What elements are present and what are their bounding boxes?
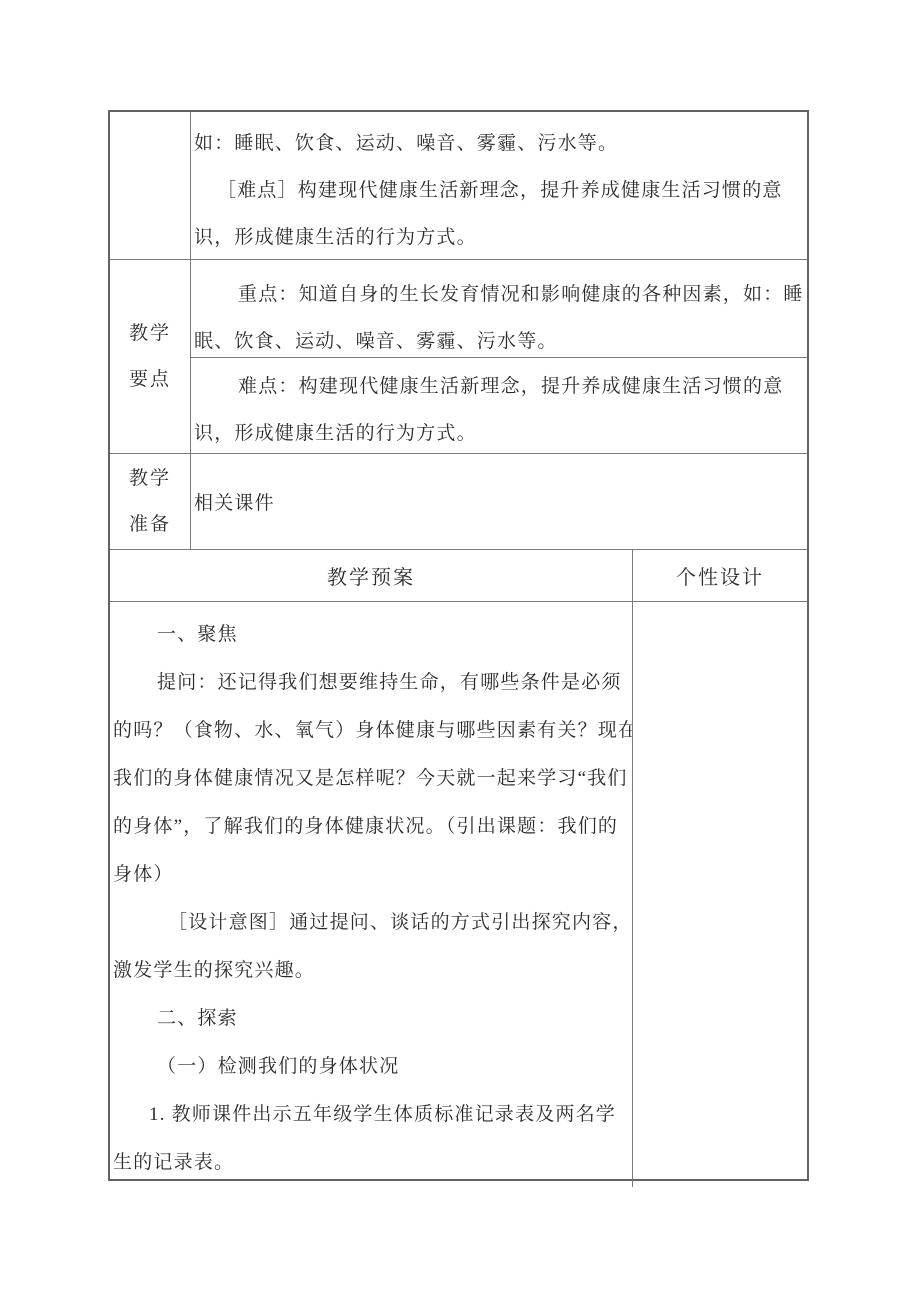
key-points-difficulty-text: 难点：构建现代健康生活新理念，提升养成健康生活习惯的意识，形成健康生活的行为方式… <box>191 358 807 453</box>
lesson-plan-table: 如：睡眠、饮食、运动、噪音、雾霾、污水等。［难点］构建现代健康生活新理念，提升养… <box>108 110 809 1181</box>
preparation-row: 教学准备 相关课件 <box>110 453 807 549</box>
lesson-plan-text: 一、聚焦提问：还记得我们想要维持生命，有哪些条件是必须的吗？（食物、水、氧气）身… <box>110 602 633 1187</box>
text-line: （一）检测我们的身体状况 <box>113 1043 630 1091</box>
text-line: 一、聚焦 <box>113 611 630 659</box>
text-line: 生的记录表。 <box>113 1139 630 1187</box>
personal-design-header-label: 个性设计 <box>633 550 807 601</box>
key-points-row: 教学要点 重点：知道自身的生长发育情况和影响健康的各种因素，如：睡眠、饮食、运动… <box>110 259 807 453</box>
plan-header-label: 教学预案 <box>110 550 633 601</box>
text-line: 的吗？（食物、水、氧气）身体健康与哪些因素有关？现在 <box>113 707 630 755</box>
text-line: 的身体”，了解我们的身体健康状况。（引出课题：我们的 <box>113 803 630 851</box>
document-page: 如：睡眠、饮食、运动、噪音、雾霾、污水等。［难点］构建现代健康生活新理念，提升养… <box>0 0 920 1301</box>
preparation-text: 相关课件 <box>191 454 807 549</box>
text-line: 1. 教师课件出示五年级学生体质标准记录表及两名学 <box>113 1091 630 1139</box>
text-line: 重点：知道自身的生长发育情况和影响健康的各种因素，如：睡 <box>194 271 805 318</box>
text-line: 识，形成健康生活的行为方式。 <box>194 214 805 259</box>
text-line: 难点：构建现代健康生活新理念，提升养成健康生活习惯的意 <box>194 363 805 410</box>
key-points-content: 重点：知道自身的生长发育情况和影响健康的各种因素，如：睡眠、饮食、运动、噪音、雾… <box>191 260 807 453</box>
carryover-label-cell <box>110 112 191 259</box>
text-line: 教学 <box>129 311 171 357</box>
text-line: ［设计意图］通过提问、谈话的方式引出探究内容， <box>113 899 630 947</box>
preparation-label: 教学准备 <box>110 454 191 549</box>
text-line: 教学 <box>129 456 171 502</box>
lesson-plan-body-row: 一、聚焦提问：还记得我们想要维持生命，有哪些条件是必须的吗？（食物、水、氧气）身… <box>110 601 807 1187</box>
section-header-row: 教学预案 个性设计 <box>110 549 807 601</box>
text-line: 我们的身体健康情况又是怎样呢？今天就一起来学习“我们 <box>113 755 630 803</box>
text-line: 身体） <box>113 851 630 899</box>
personal-design-cell <box>633 602 807 1187</box>
text-line: 二、探索 <box>113 995 630 1043</box>
text-line: 识，形成健康生活的行为方式。 <box>194 410 805 453</box>
text-line: 如：睡眠、饮食、运动、噪音、雾霾、污水等。 <box>194 120 805 167</box>
text-line: 眠、饮食、运动、噪音、雾霾、污水等。 <box>194 318 805 358</box>
text-line: 激发学生的探究兴趣。 <box>113 947 630 995</box>
key-points-label: 教学要点 <box>110 260 191 453</box>
key-points-important-text: 重点：知道自身的生长发育情况和影响健康的各种因素，如：睡眠、饮食、运动、噪音、雾… <box>191 260 807 358</box>
text-line: ［难点］构建现代健康生活新理念，提升养成健康生活习惯的意 <box>194 167 805 214</box>
text-line: 提问：还记得我们想要维持生命，有哪些条件是必须 <box>113 659 630 707</box>
text-line: 准备 <box>129 502 171 548</box>
carryover-text: 如：睡眠、饮食、运动、噪音、雾霾、污水等。［难点］构建现代健康生活新理念，提升养… <box>191 112 807 259</box>
carryover-row: 如：睡眠、饮食、运动、噪音、雾霾、污水等。［难点］构建现代健康生活新理念，提升养… <box>110 112 807 259</box>
text-line: 要点 <box>129 357 171 403</box>
